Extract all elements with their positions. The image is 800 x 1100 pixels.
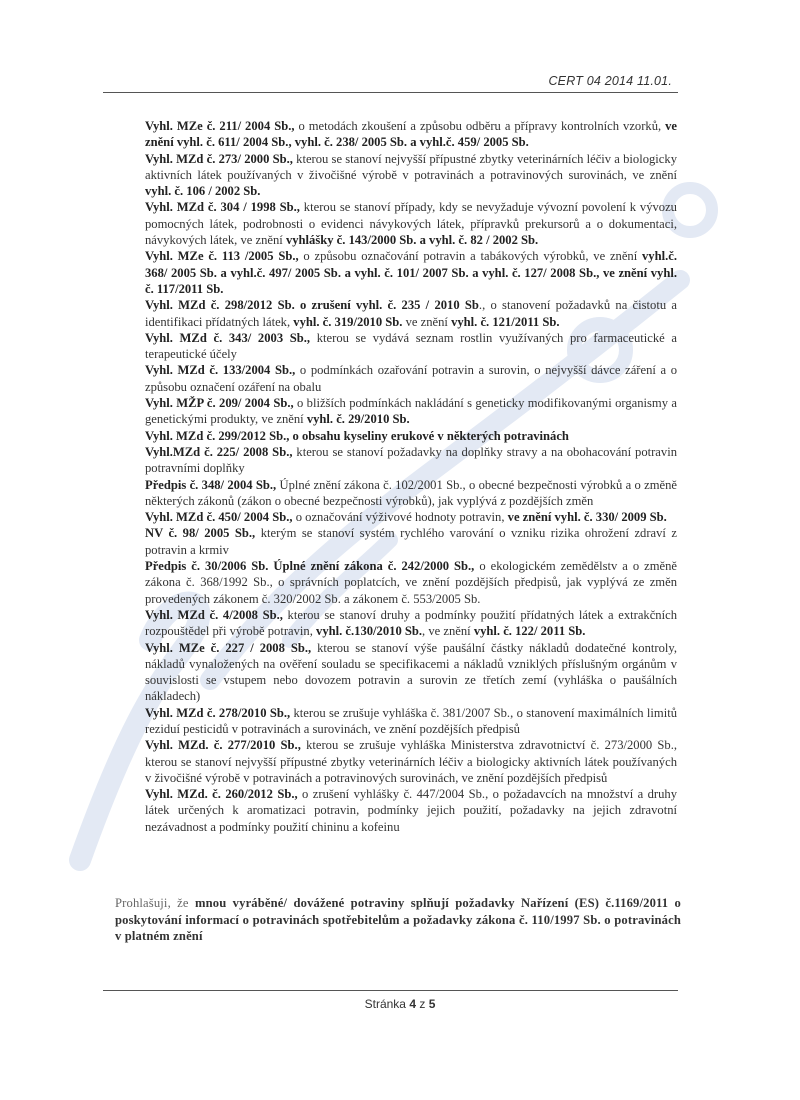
regulation-entry: Předpis č. 348/ 2004 Sb., Úplné znění zá… — [145, 477, 677, 510]
document-reference: CERT 04 2014 11.01. — [548, 74, 672, 88]
regulation-description: o metodách zkoušení a způsobu odběru a p… — [295, 119, 666, 133]
regulation-entry: Vyhl. MZd č. 278/2010 Sb., kterou se zru… — [145, 705, 677, 738]
page-current: 4 — [409, 997, 416, 1011]
regulation-entry: Vyhl. MZe č. 211/ 2004 Sb., o metodách z… — [145, 118, 677, 151]
regulation-citation: Vyhl. MZd č. 343/ 2003 Sb., — [145, 331, 310, 345]
regulation-list: Vyhl. MZe č. 211/ 2004 Sb., o metodách z… — [145, 118, 677, 835]
regulation-description: o označování výživové hodnoty potravin, — [293, 510, 508, 524]
regulation-citation: vyhlášky č. 143/2000 Sb. a vyhl. č. 82 /… — [286, 233, 538, 247]
regulation-citation: Vyhl. MZd č. 4/2008 Sb., — [145, 608, 283, 622]
regulation-entry: Vyhl. MZd č. 298/2012 Sb. o zrušení vyhl… — [145, 297, 677, 330]
regulation-citation: Vyhl. MZd. č. 260/2012 Sb., — [145, 787, 298, 801]
regulation-entry: Vyhl. MZe č. 113 /2005 Sb., o způsobu oz… — [145, 248, 677, 297]
regulation-citation: Vyhl. MŽP č. 209/ 2004 Sb., — [145, 396, 294, 410]
regulation-citation: Vyhl. MZe č. 113 /2005 Sb., — [145, 249, 299, 263]
regulation-entry: Vyhl. MZd č. 133/2004 Sb., o podmínkách … — [145, 362, 677, 395]
regulation-citation: Předpis č. 348/ 2004 Sb., — [145, 478, 276, 492]
regulation-citation: ve znění vyhl. č. 330/ 2009 Sb. — [508, 510, 667, 524]
regulation-citation: vyhl. č.130/2010 Sb. — [316, 624, 422, 638]
regulation-entry: NV č. 98/ 2005 Sb., kterým se stanoví sy… — [145, 525, 677, 558]
regulation-entry: Vyhl. MZd č. 299/2012 Sb., o obsahu kyse… — [145, 428, 677, 444]
regulation-citation: Vyhl. MZd č. 298/2012 Sb. o zrušení vyhl… — [145, 298, 479, 312]
regulation-entry: Vyhl. MŽP č. 209/ 2004 Sb., o bližších p… — [145, 395, 677, 428]
regulation-citation: Vyhl. MZe č. 227 / 2008 Sb., — [145, 641, 311, 655]
regulation-citation: Vyhl. MZd č. 450/ 2004 Sb., — [145, 510, 293, 524]
regulation-citation: Vyhl. MZd č. 133/2004 Sb., — [145, 363, 295, 377]
regulation-citation: Vyhl. MZd č. 304 / 1998 Sb., — [145, 200, 300, 214]
regulation-entry: Vyhl. MZd. č. 277/2010 Sb., kterou se zr… — [145, 737, 677, 786]
regulation-citation: vyhl. č. 319/2010 Sb. — [293, 315, 402, 329]
header-divider — [103, 92, 678, 93]
footer-divider — [103, 990, 678, 991]
regulation-citation: Vyhl. MZd č. 299/2012 Sb., o obsahu kyse… — [145, 429, 569, 443]
page-number: Stránka 4 z 5 — [0, 997, 800, 1011]
regulation-description: ve znění — [402, 315, 451, 329]
regulation-citation: vyhl. č. 121/2011 Sb. — [451, 315, 559, 329]
regulation-description: , ve znění — [422, 624, 474, 638]
regulation-citation: Vyhl. MZd. č. 277/2010 Sb., — [145, 738, 301, 752]
regulation-entry: Vyhl. MZd č. 273/ 2000 Sb., kterou se st… — [145, 151, 677, 200]
regulation-entry: Vyhl. MZd. č. 260/2012 Sb., o zrušení vy… — [145, 786, 677, 835]
regulation-entry: Vyhl. MZd č. 4/2008 Sb., kterou se stano… — [145, 607, 677, 640]
regulation-entry: Vyhl.MZd č. 225/ 2008 Sb., kterou se sta… — [145, 444, 677, 477]
page-label: Stránka — [365, 997, 406, 1011]
regulation-entry: Vyhl. MZd č. 304 / 1998 Sb., kterou se s… — [145, 199, 677, 248]
regulation-citation: Vyhl. MZd č. 273/ 2000 Sb., — [145, 152, 293, 166]
regulation-entry: Vyhl. MZd č. 343/ 2003 Sb., kterou se vy… — [145, 330, 677, 363]
regulation-citation: vyhl. č. 29/2010 Sb. — [307, 412, 410, 426]
regulation-citation: Vyhl. MZe č. 211/ 2004 Sb., — [145, 119, 295, 133]
declaration-statement: Prohlašuji, že mnou vyráběné/ dovážené p… — [115, 895, 681, 945]
regulation-citation: vyhl. č. 106 / 2002 Sb. — [145, 184, 260, 198]
regulation-citation: Předpis č. 30/2006 Sb. Úplné znění zákon… — [145, 559, 474, 573]
regulation-citation: vyhl. č. 122/ 2011 Sb. — [474, 624, 586, 638]
regulation-entry: Předpis č. 30/2006 Sb. Úplné znění zákon… — [145, 558, 677, 607]
regulation-citation: Vyhl. MZd č. 278/2010 Sb., — [145, 706, 290, 720]
declaration-text: mnou vyráběné/ dovážené potraviny splňuj… — [115, 896, 681, 943]
regulation-citation: Vyhl.MZd č. 225/ 2008 Sb., — [145, 445, 293, 459]
page-total: 5 — [429, 997, 436, 1011]
regulation-citation: NV č. 98/ 2005 Sb., — [145, 526, 255, 540]
regulation-entry: Vyhl. MZe č. 227 / 2008 Sb., kterou se s… — [145, 640, 677, 705]
declaration-lead: Prohlašuji, že — [115, 896, 195, 910]
regulation-entry: Vyhl. MZd č. 450/ 2004 Sb., o označování… — [145, 509, 677, 525]
page-separator: z — [419, 997, 425, 1011]
regulation-description: o způsobu označování potravin a tabákový… — [299, 249, 642, 263]
